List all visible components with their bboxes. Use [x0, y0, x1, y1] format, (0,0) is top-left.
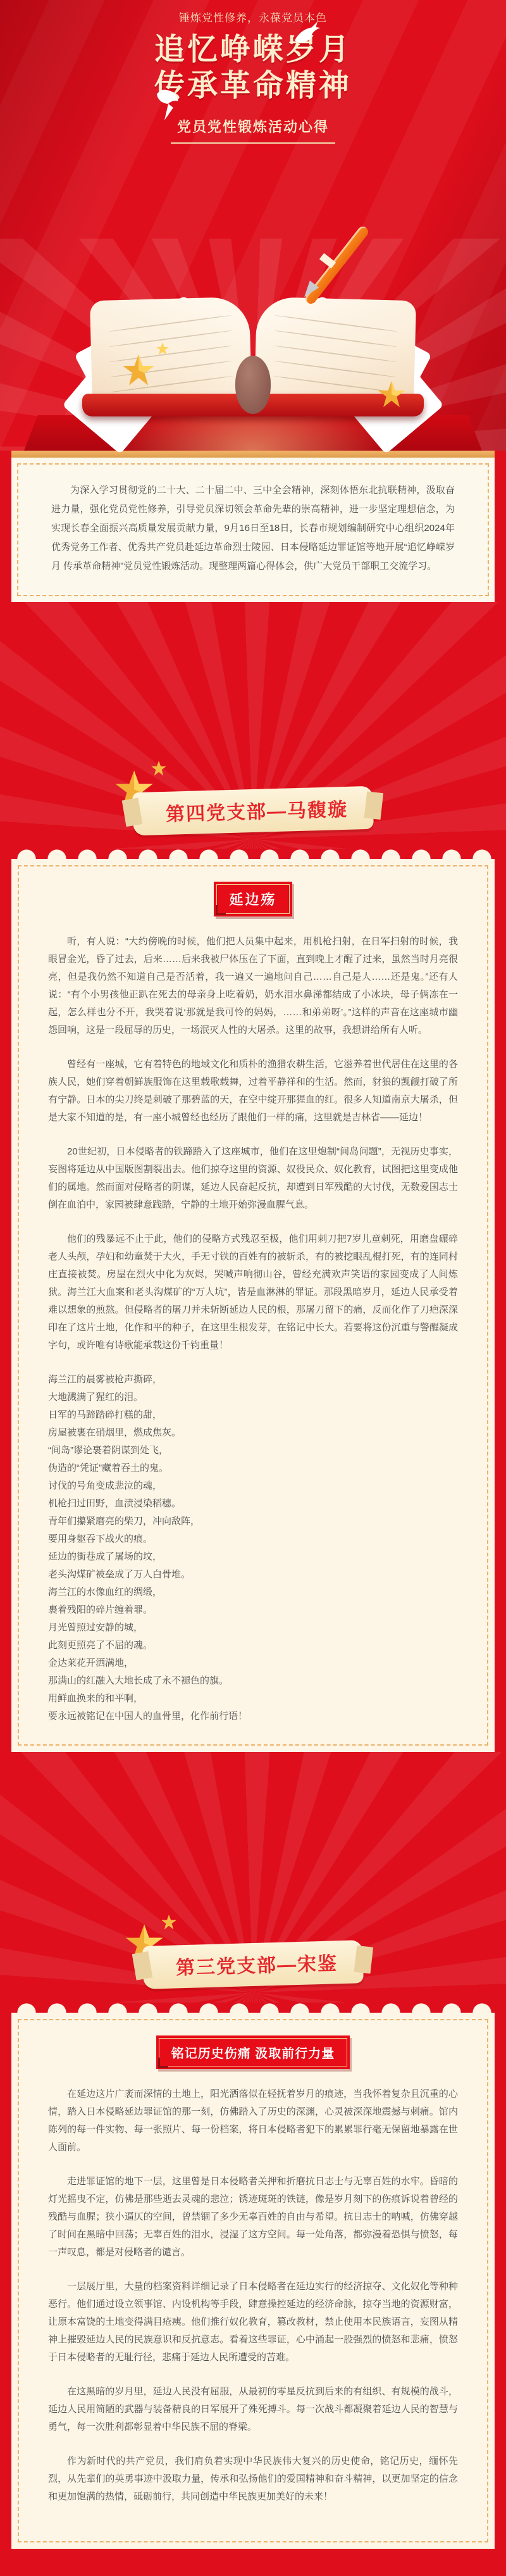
poem-line: 此刻更照亮了不屈的魂。: [48, 1637, 458, 1654]
paragraph: 他们的残暴远不止于此，他们的侵略方式残忍至极，他们用刺刀把7岁儿童刺死，用磨盘碾…: [48, 1230, 458, 1354]
poem-line: 老头沟煤矿被垒成了万人白骨堆。: [48, 1566, 458, 1584]
section-poem: 海兰江的晨雾被枪声撕碎，大地溅满了猩红的泪。日军的马蹄踏碎打糕的甜，房屋被裹在硝…: [48, 1371, 458, 1725]
scalloped-edge: [11, 2003, 495, 2013]
paragraph: 20世纪初，日本侵略者的铁蹄踏入了这座城市，他们在这里炮制“间岛问题”，无视历史…: [48, 1143, 458, 1214]
section-banner: 第四党支部—马馥璇: [133, 789, 373, 832]
paragraph: 一层展厅里，大量的档案资料详细记录了日本侵略者在延边实行的经济掠夺、文化奴化等种…: [48, 2278, 458, 2367]
banner-title: 第三党支部—宋鉴: [176, 1953, 338, 1979]
page-title: 追忆峥嵘岁月 传承革命精神: [0, 32, 506, 104]
banner-ribbon: 第四党支部—马馥璇: [132, 786, 374, 836]
poem-line: 日军的马蹄踏碎打糕的甜，: [48, 1406, 458, 1424]
footer-strip: [0, 2549, 506, 2576]
poem-line: 机枪扫过田野，血渍浸染稻穗。: [48, 1495, 458, 1513]
intro-paragraph: 为深入学习贯彻党的二十大、二十届二中、三中全会精神，深刻体悟东北抗联精神，汲取奋…: [51, 481, 455, 576]
title-line-1: 追忆峥嵘岁月: [0, 32, 506, 68]
star-icon-small: [161, 1914, 177, 1930]
poem-line: 房屋被裹在硝烟里，燃成焦灰。: [48, 1424, 458, 1442]
title-line-2: 传承革命精神: [0, 68, 506, 104]
dove-icon: [292, 22, 325, 47]
banner-ribbon: 第三党支部—宋鉴: [142, 1940, 364, 1989]
article-page: 锤炼党性修养，永葆党员本色 追忆峥嵘岁月 传承革命精神 党员党性锻炼活动心得: [0, 0, 506, 2576]
intro-section: 为深入学习贯彻党的二十大、二十届二中、三中全会精神，深刻体悟东北抗联精神，汲取奋…: [11, 458, 495, 602]
paragraph: 在这黑暗的岁月里，延边人民没有屈服，从最初的零星反抗到后来的有组织、有规模的战斗…: [48, 2383, 458, 2436]
poem-line: 月光曾照过安静的城，: [48, 1619, 458, 1637]
dove-icon: [156, 87, 185, 123]
section-divider: 第三党支部—宋鉴: [0, 1752, 506, 2003]
section-divider: 第四党支部—马馥璇: [0, 602, 506, 849]
section-badge: 铭记历史伤痛 汲取前行力量: [156, 2035, 350, 2069]
poem-line: 伪造的“凭证”藏着吞土的鬼。: [48, 1460, 458, 1477]
section-paragraphs: 在延边这片广袤而深情的土地上，阳光洒落似在轻抚着岁月的痕迹，当我怀着复杂且沉重的…: [48, 2085, 458, 2506]
header-section: 锤炼党性修养，永葆党员本色 追忆峥嵘岁月 传承革命精神 党员党性锻炼活动心得: [0, 0, 506, 451]
poem-line: 讨伐的号角变成悲泣的魂，: [48, 1477, 458, 1495]
poem-line: 那满山的红融入大地长成了永不褪色的旗。: [48, 1672, 458, 1690]
star-icon-small: [151, 760, 167, 777]
poem-line: 金达莱花开洒满地，: [48, 1654, 458, 1672]
poem-line: 青年们攥紧磨亮的柴刀，冲向敌阵，: [48, 1513, 458, 1530]
book-left-page: [90, 297, 252, 408]
badge-label: 铭记历史伤痛 汲取前行力量: [171, 2047, 335, 2061]
section-badge: 延边殇: [214, 882, 292, 916]
section-banner: 第三党支部—宋鉴: [143, 1943, 363, 1986]
poem-line: 海兰江的晨雾被枪声撕碎，: [48, 1371, 458, 1389]
poem-line: 要用身躯吞下战火的痕。: [48, 1530, 458, 1548]
poem-line: 用鲜血换来的和平啊，: [48, 1690, 458, 1708]
gold-divider-strip: [11, 451, 495, 458]
poem-line: 延边的街巷成了屠场的坟，: [48, 1548, 458, 1566]
poem-line: 海兰江的水像血红的绸缎，: [48, 1584, 458, 1601]
fountain-pen-icon: [292, 224, 387, 319]
banner-title: 第四党支部—马馥璇: [166, 799, 349, 825]
poem-line: 裹着残阳的碎片缠着罪。: [48, 1601, 458, 1619]
header-subtitle: 党员党性锻炼活动心得: [171, 116, 335, 144]
poem-line: 大地溅满了猩红的泪。: [48, 1389, 458, 1406]
open-book: [82, 263, 424, 422]
book-spine: [235, 356, 271, 414]
intro-dashed-box: 为深入学习贯彻党的二十大、二十届二中、三中全会精神，深刻体悟东北抗联精神，汲取奋…: [17, 463, 489, 596]
paragraph: 走进罪证馆的地下一层，这里曾是日本侵略者关押和折磨抗日志士与无辜百姓的水牢。昏暗…: [48, 2173, 458, 2261]
paragraph: 听，有人说：“大约傍晚的时候，他们把人员集中起来，用机枪扫射，在日军扫射的时候，…: [48, 933, 458, 1039]
paragraph: 曾经有一座城，它有着特色的地域文化和质朴的渔猎农耕生活，它滋养着世代居住在这里的…: [48, 1056, 458, 1127]
poem-line: “间岛”谬论裹着阴谋到处飞，: [48, 1442, 458, 1460]
book-illustration: [0, 239, 506, 451]
scalloped-edge: [11, 849, 495, 859]
section-card-2: 铭记历史伤痛 汲取前行力量 在延边这片广袤而深情的土地上，阳光洒落似在轻抚着岁月…: [11, 2013, 495, 2549]
header-tagline: 锤炼党性修养，永葆党员本色: [0, 0, 506, 25]
paragraph: 在延边这片广袤而深情的土地上，阳光洒落似在轻抚着岁月的痕迹，当我怀着复杂且沉重的…: [48, 2085, 458, 2156]
star-icon-small: [156, 342, 170, 356]
section-card-1: 延边殇 听，有人说：“大约傍晚的时候，他们把人员集中起来，用机枪扫射，在日军扫射…: [11, 859, 495, 1752]
star-icon: [121, 353, 156, 387]
paragraph: 作为新时代的共产党员，我们肩负着实现中华民族伟大复兴的历史使命，铭记历史，缅怀先…: [48, 2453, 458, 2506]
poem-line: 要永远被铭记在中国人的血骨里，化作前行语！: [48, 1708, 458, 1725]
section-paragraphs: 听，有人说：“大约傍晚的时候，他们把人员集中起来，用机枪扫射，在日军扫射的时候，…: [48, 933, 458, 1354]
badge-label: 延边殇: [229, 892, 276, 908]
star-icon: [377, 380, 406, 409]
